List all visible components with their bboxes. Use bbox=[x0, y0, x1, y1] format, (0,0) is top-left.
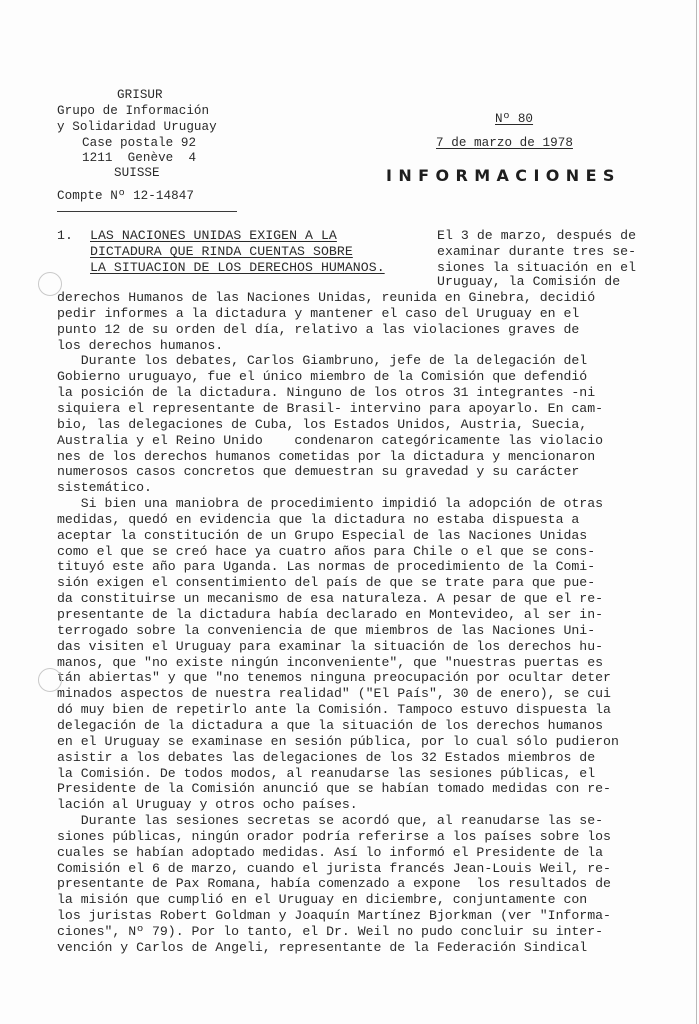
article-number: 1. bbox=[57, 228, 73, 244]
body-line: cuales se habían adoptado medidas. Así l… bbox=[57, 845, 603, 861]
body-line: Comisión el 6 de marzo, cuando el jurist… bbox=[57, 861, 611, 877]
body-line: vención y Carlos de Angeli, representant… bbox=[57, 940, 587, 956]
article-title-line: LA SITUACION DE LOS DERECHOS HUMANOS. bbox=[90, 260, 385, 276]
body-line: los derechos humanos. bbox=[57, 338, 223, 354]
body-line: medidas, quedó en evidencia que la dicta… bbox=[57, 512, 579, 528]
body-line: presentante de la dictadura había declar… bbox=[57, 607, 603, 623]
body-line: pedir informes a la dictadura y mantener… bbox=[57, 306, 579, 322]
header-divider bbox=[57, 211, 237, 212]
body-line: en el Uruguay se examinase en sesión púb… bbox=[57, 734, 619, 750]
intro-line: examinar durante tres se- bbox=[437, 244, 636, 260]
org-name: GRISUR bbox=[117, 87, 163, 103]
body-line: Gobierno uruguayo, fue el único miembro … bbox=[57, 369, 587, 385]
punch-hole-mark bbox=[38, 272, 62, 296]
body-line: dó muy bien de repetirlo ante la Comisió… bbox=[57, 702, 611, 718]
body-line: la posición de la dictadura. Ninguno de … bbox=[57, 385, 595, 401]
body-line: Durante los debates, Carlos Giambruno, j… bbox=[57, 353, 587, 369]
body-line: delegación de la dictadura a que la situ… bbox=[57, 718, 603, 734]
body-line: la Comisión. De todos modos, al reanudar… bbox=[57, 766, 595, 782]
body-line: tán abiertas" y que "no tenemos ninguna … bbox=[57, 670, 611, 686]
body-line: bio, las delegaciones de Cuba, los Estad… bbox=[57, 417, 587, 433]
account-number: Compte Nº 12-14847 bbox=[57, 188, 194, 204]
body-line: ciones", Nº 79). Por lo tanto, el Dr. We… bbox=[57, 924, 603, 940]
document-page: GRISUR Grupo de Información y Solidarida… bbox=[0, 0, 699, 1024]
body-line: la misión que cumplió en el Uruguay en d… bbox=[57, 892, 587, 908]
body-line: tituyó este año para Uganda. Las normas … bbox=[57, 559, 595, 575]
intro-line: Uruguay, la Comisión de bbox=[437, 274, 620, 290]
article-title-line: DICTADURA QUE RINDA CUENTAS SOBRE bbox=[90, 244, 353, 260]
body-line: Australia y el Reino Unido condenaron ca… bbox=[57, 433, 603, 449]
body-line: presentante de Pax Romana, había comenza… bbox=[57, 876, 611, 892]
issue-number: Nº 80 bbox=[495, 111, 533, 127]
article-title-line: LAS NACIONES UNIDAS EXIGEN A LA bbox=[90, 228, 337, 244]
postal-box: Case postale 92 bbox=[82, 135, 196, 151]
postal-country: SUISSE bbox=[114, 165, 160, 181]
page-edge-line bbox=[696, 0, 697, 1024]
postal-city: 1211 Genève 4 bbox=[82, 150, 196, 166]
publication-title: INFORMACIONES bbox=[386, 166, 621, 185]
body-line: derechos Humanos de las Naciones Unidas,… bbox=[57, 290, 595, 306]
body-line: da constituirse un mecanismo de esa natu… bbox=[57, 591, 603, 607]
body-line: aceptar la constitución de un Grupo Espe… bbox=[57, 528, 587, 544]
body-line: lación al Uruguay y otros ocho países. bbox=[57, 797, 358, 813]
body-line: Durante las sesiones secretas se acordó … bbox=[57, 813, 603, 829]
issue-date: 7 de marzo de 1978 bbox=[436, 135, 573, 151]
body-line: como el que se creó hace ya cuatro años … bbox=[57, 544, 595, 560]
body-line: terrogado sobre la conveniencia de que m… bbox=[57, 623, 595, 639]
body-line: siones públicas, ningún orador podría re… bbox=[57, 829, 611, 845]
body-line: asistir a los debates las delegaciones d… bbox=[57, 750, 595, 766]
org-full-name-2: y Solidaridad Uruguay bbox=[57, 119, 217, 135]
org-full-name: Grupo de Información bbox=[57, 103, 209, 119]
intro-line: El 3 de marzo, después de bbox=[437, 228, 636, 244]
body-line: siquiera el representante de Brasil- int… bbox=[57, 401, 603, 417]
body-line: das visiten el Uruguay para examinar la … bbox=[57, 639, 603, 655]
body-line: Presidente de la Comisión anunció que se… bbox=[57, 781, 611, 797]
body-line: numerosos casos concretos que demuestran… bbox=[57, 464, 579, 480]
body-line: los juristas Robert Goldman y Joaquín Ma… bbox=[57, 908, 611, 924]
punch-hole-mark bbox=[38, 668, 62, 692]
body-line: sión exigen el consentimiento del país d… bbox=[57, 575, 595, 591]
body-line: Si bien una maniobra de procedimiento im… bbox=[57, 496, 603, 512]
body-line: minados aspectos de nuestra realidad" ("… bbox=[57, 686, 611, 702]
body-line: nes de los derechos humanos cometidas po… bbox=[57, 449, 595, 465]
body-line: sistemático. bbox=[57, 480, 152, 496]
body-line: manos, que "no existe ningún inconvenien… bbox=[57, 655, 603, 671]
body-line: punto 12 de su orden del día, relativo a… bbox=[57, 322, 579, 338]
